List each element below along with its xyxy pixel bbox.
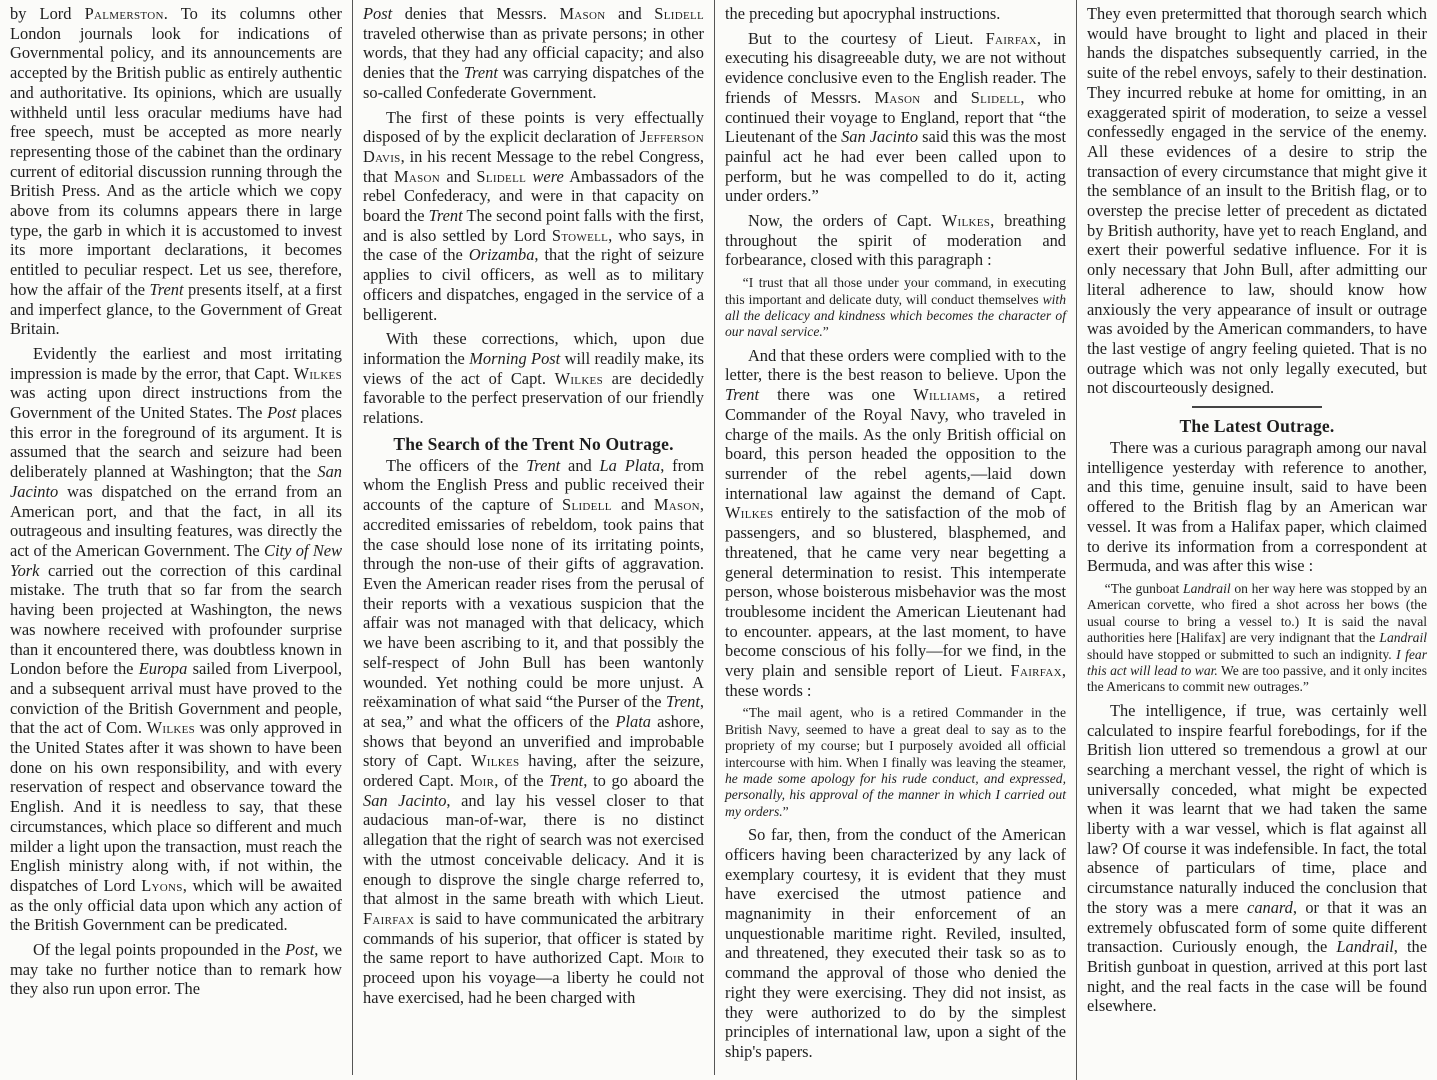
paragraph: So far, then, from the conduct of the Am… <box>725 825 1066 1061</box>
paragraph: the preceding but apocryphal instruction… <box>725 4 1066 24</box>
italic-text: he made some apology for his rude conduc… <box>725 771 1066 819</box>
block-quote: “I trust that all those under your comma… <box>725 275 1066 341</box>
name-smallcaps: Lyons <box>141 876 182 895</box>
name-smallcaps: Wilkes <box>555 369 603 388</box>
italic-text: Trent <box>150 280 184 299</box>
text-run: denies that Messrs. <box>392 4 559 23</box>
text-run: should have stopped or submitted to such… <box>1087 647 1396 662</box>
article-headline: The Latest Outrage. <box>1087 416 1427 437</box>
paragraph: Of the legal points propounded in the Po… <box>10 940 342 999</box>
column-1: by Lord Palmerston. To its columns other… <box>0 0 352 1070</box>
italic-text: Plata <box>615 712 651 731</box>
text-run: The intelligence, if true, was certainly… <box>1087 701 1427 917</box>
italic-text: Post <box>285 940 314 959</box>
paragraph: And that these orders were complied with… <box>725 346 1066 701</box>
name-smallcaps: Fairfax <box>986 29 1037 48</box>
name-smallcaps: Stowell <box>552 226 608 245</box>
text-run: “The mail agent, who is a retired Comman… <box>725 705 1066 769</box>
name-smallcaps: Fairfax <box>363 909 414 928</box>
text-run: So far, then, from the conduct of the Am… <box>725 825 1066 1061</box>
text-run: ” <box>783 804 789 819</box>
text-run: Now, the orders of Capt. <box>748 211 942 230</box>
italic-text: Trent <box>526 456 560 475</box>
name-smallcaps: Wilkes <box>294 364 342 383</box>
text-run: was only approved in the United States a… <box>10 718 342 895</box>
name-smallcaps: Mason <box>654 495 700 514</box>
text-run: The officers of the <box>386 456 526 475</box>
paragraph: There was a curious paragraph among our … <box>1087 438 1427 576</box>
paragraph: The intelligence, if true, was certainly… <box>1087 701 1427 1016</box>
text-run: , to go aboard the <box>583 771 704 790</box>
italic-text: Trent <box>429 206 463 225</box>
name-smallcaps: Palmerston <box>85 4 164 23</box>
italic-text: La Plata <box>600 456 661 475</box>
italic-text: San Jacinto <box>363 791 446 810</box>
paragraph: Post denies that Messrs. Mason and Slide… <box>363 4 704 103</box>
newspaper-clipping: by Lord Palmerston. To its columns other… <box>0 0 1437 1080</box>
name-smallcaps: Moir <box>460 771 495 790</box>
text-run: “I trust that all those under your comma… <box>725 275 1066 306</box>
section-divider <box>1192 406 1322 408</box>
text-run: And that these orders were complied with… <box>725 346 1066 385</box>
name-smallcaps: Mason <box>394 167 440 186</box>
text-run: But to the courtesy of Lieut. <box>748 29 986 48</box>
text-run: They even pretermitted that thorough sea… <box>1087 4 1427 397</box>
name-smallcaps: Moir <box>650 948 685 967</box>
text-run: there was one <box>759 385 913 404</box>
block-quote: “The mail agent, who is a retired Comman… <box>725 705 1066 820</box>
name-smallcaps: Wilkes <box>147 718 195 737</box>
italic-text: Orizamba <box>469 245 535 264</box>
italic-text: Post <box>267 403 296 422</box>
text-run: by Lord <box>10 4 85 23</box>
text-run: , of the <box>494 771 549 790</box>
text-run: the preceding but apocryphal instruction… <box>725 4 1000 23</box>
paragraph: Now, the orders of Capt. Wilkes, breathi… <box>725 211 1066 270</box>
column-4: They even pretermitted that thorough sea… <box>1076 0 1437 1080</box>
italic-text: Europa <box>139 659 188 678</box>
name-smallcaps: Slidell <box>971 88 1021 107</box>
column-2: Post denies that Messrs. Mason and Slide… <box>352 0 714 1075</box>
italic-text: Trent <box>725 385 759 404</box>
name-smallcaps: Mason <box>874 88 920 107</box>
text-run: and <box>560 456 599 475</box>
italic-text: Trent <box>666 692 700 711</box>
name-smallcaps: Slidell <box>562 495 612 514</box>
italic-text: Landrail <box>1336 937 1393 956</box>
article-headline: The Search of the Trent No Outrage. <box>363 434 704 455</box>
text-run: and <box>605 4 654 23</box>
text-run: “The gunboat <box>1105 581 1183 596</box>
paragraph: They even pretermitted that thorough sea… <box>1087 4 1427 398</box>
block-quote: “The gunboat Landrail on her way here wa… <box>1087 581 1427 696</box>
text-run: There was a curious paragraph among our … <box>1087 438 1427 575</box>
text-run: ” <box>823 324 829 339</box>
text-run: entirely to the satisfaction of the mob … <box>725 503 1066 680</box>
paragraph: Evidently the earliest and most irritati… <box>10 344 342 935</box>
paragraph: With these corrections, which, upon due … <box>363 329 704 428</box>
paragraph: The first of these points is very effect… <box>363 108 704 325</box>
text-run: Evidently the earliest and most irritati… <box>10 344 342 383</box>
text-run: . To its columns other London journals l… <box>10 4 342 299</box>
italic-text: Landrail <box>1379 630 1427 645</box>
column-3: the preceding but apocryphal instruction… <box>714 0 1076 1075</box>
text-run: , accredited emissaries of rebeldom, too… <box>363 495 704 711</box>
italic-text: Morning Post <box>469 349 560 368</box>
paragraph: The officers of the Trent and La Plata, … <box>363 456 704 1008</box>
name-smallcaps: Wilkes <box>725 503 773 522</box>
name-smallcaps: Williams <box>913 385 975 404</box>
paragraph: by Lord Palmerston. To its columns other… <box>10 4 342 339</box>
italic-text: San Jacinto <box>841 127 918 146</box>
italic-text: canard <box>1247 898 1293 917</box>
italic-text: Trent <box>464 63 498 82</box>
paragraph: But to the courtesy of Lieut. Fairfax, i… <box>725 29 1066 206</box>
italic-text: Post <box>363 4 392 23</box>
italic-text: were <box>532 167 563 186</box>
name-smallcaps: Wilkes <box>471 751 519 770</box>
italic-text: Trent <box>549 771 583 790</box>
text-run: and <box>440 167 476 186</box>
italic-text: Landrail <box>1183 581 1231 596</box>
name-smallcaps: Slidell <box>476 167 526 186</box>
name-smallcaps: Fairfax <box>1011 661 1062 680</box>
name-smallcaps: Mason <box>559 4 605 23</box>
name-smallcaps: Wilkes <box>942 211 990 230</box>
name-smallcaps: Slidell <box>654 4 704 23</box>
text-run: and <box>612 495 654 514</box>
text-run: and <box>921 88 971 107</box>
text-run: Of the legal points propounded in the <box>33 940 285 959</box>
